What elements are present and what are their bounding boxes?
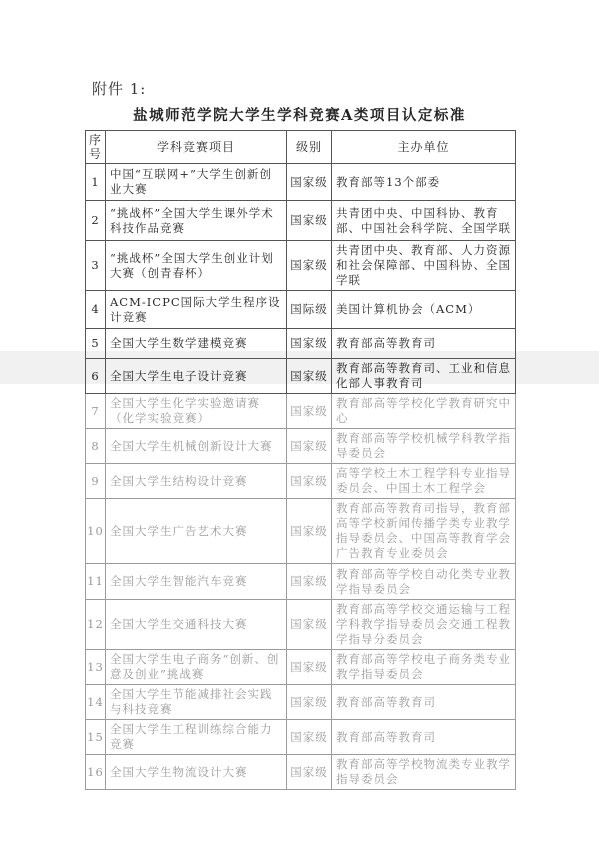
table-row: 13 全国大学生电子商务“创新、创意及创业”挑战赛 国家级 教育部高等学校电子商… [86,650,516,685]
row-organizer: 教育部高等学校化学教育研究中心 [332,394,516,429]
competition-table: 序号 学科竞赛项目 级别 主办单位 1 中国“互联网+”大学生创新创业大赛 国家… [85,130,516,790]
row-organizer: 教育部高等教育司 [332,329,516,359]
row-organizer: 教育部等13个部委 [332,164,516,201]
row-organizer: 教育部高等学校机械学科教学指导委员会 [332,429,516,464]
table-row: 12 全国大学生交通科技大赛 国家级 教育部高等学校交通运输与工程学科教学指导委… [86,600,516,650]
row-level: 国家级 [287,755,332,790]
row-name: 全国大学生物流设计大赛 [106,755,287,790]
table-row: 8 全国大学生机械创新设计大赛 国家级 教育部高等学校机械学科教学指导委员会 [86,429,516,464]
row-no: 10 [86,499,106,564]
row-no: 11 [86,564,106,600]
table-row: 4 ACM-ICPC国际大学生程序设计竞赛 国际级 美国计算机协会（ACM） [86,291,516,329]
row-name: 全国大学生智能汽车竞赛 [106,564,287,600]
row-level: 国家级 [287,564,332,600]
row-name: 全国大学生广告艺术大赛 [106,499,287,564]
row-level: 国家级 [287,329,332,359]
row-level: 国家级 [287,394,332,429]
row-level: 国家级 [287,685,332,720]
row-name: 全国大学生数学建模竞赛 [106,329,287,359]
row-no: 6 [86,359,106,394]
row-name: “挑战杯”全国大学生课外学术科技作品竞赛 [106,201,287,241]
row-no: 2 [86,201,106,241]
row-organizer: 教育部高等教育司、工业和信息化部人事教育司 [332,359,516,394]
row-level: 国家级 [287,464,332,499]
row-no: 13 [86,650,106,685]
header-no: 序号 [86,131,106,164]
row-no: 3 [86,241,106,291]
row-level: 国家级 [287,499,332,564]
table-row: 1 中国“互联网+”大学生创新创业大赛 国家级 教育部等13个部委 [86,164,516,201]
row-no: 1 [86,164,106,201]
row-name: 全国大学生工程训练综合能力竞赛 [106,720,287,755]
row-level: 国家级 [287,720,332,755]
table-row: 5 全国大学生数学建模竞赛 国家级 教育部高等教育司 [86,329,516,359]
document-title: 盐城师范学院大学生学科竞赛A类项目认定标准 [0,104,599,125]
row-organizer: 教育部高等学校自动化类专业教学指导委员会 [332,564,516,600]
row-name: 全国大学生结构设计竞赛 [106,464,287,499]
row-organizer: 共青团中央、中国科协、教育部、中国社会科学院、全国学联 [332,201,516,241]
row-name: 全国大学生节能减排社会实践与科技竞赛 [106,685,287,720]
table-row: 11 全国大学生智能汽车竞赛 国家级 教育部高等学校自动化类专业教学指导委员会 [86,564,516,600]
row-name: 全国大学生化学实验邀请赛（化学实验竞赛） [106,394,287,429]
row-organizer: 共青团中央、教育部、人力资源和社会保障部、中国科协、全国学联 [332,241,516,291]
row-organizer: 教育部高等教育司指导，教育部高等学校新闻传播学类专业教学指导委员会、中国高等教育… [332,499,516,564]
row-no: 14 [86,685,106,720]
table-row: 9 全国大学生结构设计竞赛 国家级 高等学校土木工程学科专业指导委员会、中国土木… [86,464,516,499]
row-name: 全国大学生电子商务“创新、创意及创业”挑战赛 [106,650,287,685]
row-name: 全国大学生电子设计竞赛 [106,359,287,394]
row-name: 全国大学生机械创新设计大赛 [106,429,287,464]
row-name: 中国“互联网+”大学生创新创业大赛 [106,164,287,201]
row-level: 国家级 [287,650,332,685]
table-row: 15 全国大学生工程训练综合能力竞赛 国家级 教育部高等教育司 [86,720,516,755]
row-organizer: 教育部高等学校电子商务类专业教学指导委员会 [332,650,516,685]
row-level: 国际级 [287,291,332,329]
row-no: 12 [86,600,106,650]
table-row: 14 全国大学生节能减排社会实践与科技竞赛 国家级 教育部高等教育司 [86,685,516,720]
row-name: “挑战杯”全国大学生创业计划大赛（创青春杯） [106,241,287,291]
row-organizer: 教育部高等教育司 [332,685,516,720]
header-organizer: 主办单位 [332,131,516,164]
header-level: 级别 [287,131,332,164]
table-row: 2 “挑战杯”全国大学生课外学术科技作品竞赛 国家级 共青团中央、中国科协、教育… [86,201,516,241]
header-name: 学科竞赛项目 [106,131,287,164]
row-level: 国家级 [287,164,332,201]
table-row: 3 “挑战杯”全国大学生创业计划大赛（创青春杯） 国家级 共青团中央、教育部、人… [86,241,516,291]
row-organizer: 教育部高等教育司 [332,720,516,755]
row-organizer: 教育部高等学校物流类专业教学指导委员会 [332,755,516,790]
row-level: 国家级 [287,359,332,394]
row-no: 15 [86,720,106,755]
table-row: 6 全国大学生电子设计竞赛 国家级 教育部高等教育司、工业和信息化部人事教育司 [86,359,516,394]
table-header-row: 序号 学科竞赛项目 级别 主办单位 [86,131,516,164]
row-no: 8 [86,429,106,464]
attachment-label: 附件 1: [92,78,146,99]
row-no: 9 [86,464,106,499]
row-name: ACM-ICPC国际大学生程序设计竞赛 [106,291,287,329]
table-row: 10 全国大学生广告艺术大赛 国家级 教育部高等教育司指导，教育部高等学校新闻传… [86,499,516,564]
row-no: 5 [86,329,106,359]
row-level: 国家级 [287,201,332,241]
row-level: 国家级 [287,600,332,650]
row-no: 16 [86,755,106,790]
table-row: 7 全国大学生化学实验邀请赛（化学实验竞赛） 国家级 教育部高等学校化学教育研究… [86,394,516,429]
row-no: 7 [86,394,106,429]
row-level: 国家级 [287,429,332,464]
row-level: 国家级 [287,241,332,291]
row-no: 4 [86,291,106,329]
table-row: 16 全国大学生物流设计大赛 国家级 教育部高等学校物流类专业教学指导委员会 [86,755,516,790]
row-organizer: 高等学校土木工程学科专业指导委员会、中国土木工程学会 [332,464,516,499]
row-organizer: 教育部高等学校交通运输与工程学科教学指导委员会交通工程教学指导分委员会 [332,600,516,650]
row-name: 全国大学生交通科技大赛 [106,600,287,650]
row-organizer: 美国计算机协会（ACM） [332,291,516,329]
